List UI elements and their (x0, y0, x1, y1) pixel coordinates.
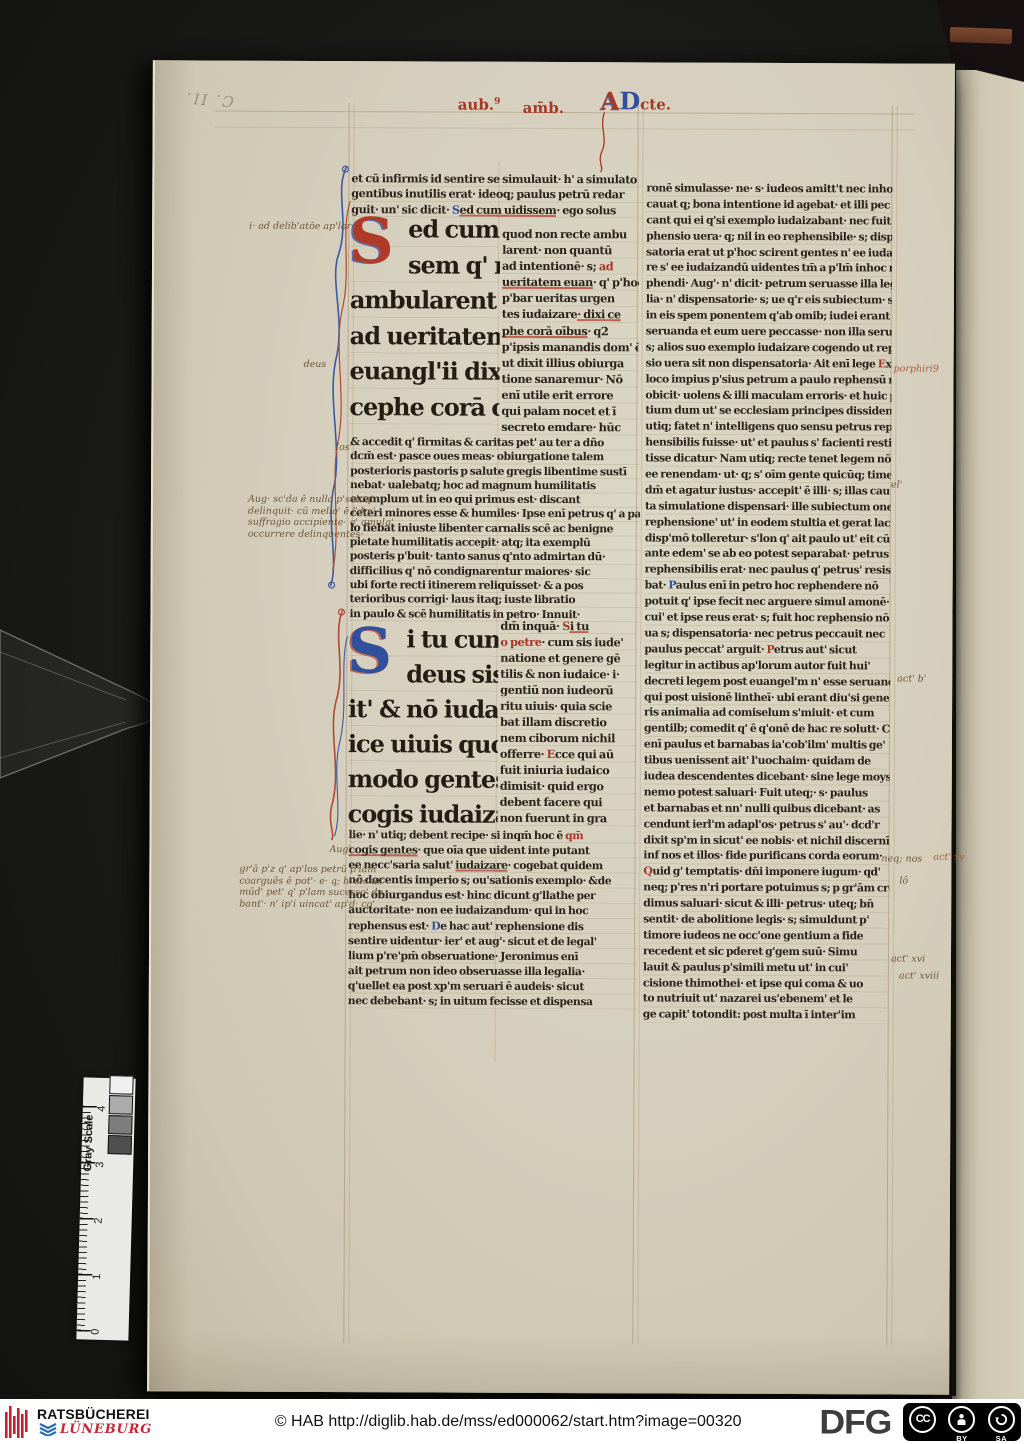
gray-patch-light (109, 1095, 134, 1115)
margin-note: neq; nos (881, 853, 922, 865)
person-icon (948, 1406, 975, 1433)
margin-note: act' b' (897, 674, 926, 686)
ruler-number: 4 (96, 1106, 108, 1112)
digitized-manuscript-viewer: { "pencil_mark": "C. II.", "header": { "… (0, 0, 1024, 1444)
cc-license-badge: CC BY SA (903, 1403, 1021, 1441)
gloss-column-2: dm̄ inquā· Si tuo petre· cum sis iude'na… (500, 618, 638, 827)
pencil-foliation-mark: C. II. (184, 89, 234, 111)
logo-text: RATSBÜCHEREI LÜNEBURG (37, 1407, 152, 1436)
cc-by-icon: BY (948, 1406, 975, 1443)
ruling-line (215, 127, 915, 131)
margin-note: i· ad delib'atōe ap'lor· (249, 221, 354, 233)
share-alike-icon (988, 1406, 1015, 1433)
margin-note-multiline: Aug· sc'da ē nulla p'soluq'delinquit· cū… (248, 494, 394, 541)
running-header-left: aub.9 (458, 96, 501, 114)
running-header-title: ADcte. (601, 86, 671, 115)
ruler-number: 3 (94, 1162, 106, 1168)
title-letter-d: D (619, 86, 640, 115)
margin-note: Ios' (335, 442, 352, 454)
margin-note-multiline: gr'ā p'z q' ap'los petrū p'lamcoarguēs ē… (239, 864, 384, 911)
ruling-line (891, 106, 897, 1346)
gray-patch-mid (108, 1115, 133, 1135)
dfg-logo: DFG (820, 1402, 892, 1442)
library-name-line2: LÜNEBURG (37, 1422, 152, 1436)
gray-scale-ruler-content: 0 1 2 3 4 Gray Scale (76, 1077, 135, 1340)
by-label: BY (956, 1434, 967, 1443)
decorated-initial-S2: S (347, 621, 392, 681)
photographed-scan-area: C. II. aub.9 am̄b. ADcte. (0, 0, 1024, 1399)
cc-sa-icon: SA (988, 1406, 1015, 1443)
sa-label: SA (996, 1434, 1007, 1443)
ratsbuecherei-logo: RATSBÜCHEREI LÜNEBURG (0, 1404, 194, 1440)
running-header-mid: am̄b. (523, 99, 564, 117)
red-bars-icon (4, 1404, 32, 1440)
library-city-label: LÜNEBURG (60, 1423, 152, 1436)
ruling-line (215, 111, 915, 115)
open-book-icon (39, 1422, 57, 1436)
margin-note: Aug' (329, 844, 351, 856)
margin-note: deus (304, 359, 327, 371)
margin-note: lō (899, 876, 908, 888)
margin-note: el' (891, 479, 902, 491)
title-letter-a: A (601, 86, 620, 115)
gray-scale-ruler: 0 1 2 3 4 Gray Scale (76, 1077, 135, 1340)
margin-note: act' xvi (891, 953, 925, 965)
margin-note: act' xv (933, 852, 964, 864)
gray-patch-dark (108, 1135, 133, 1155)
ruler-number: 1 (91, 1273, 103, 1279)
right-column-commentary: ronē simulasse· ne· s· iudeos amitt't ne… (643, 180, 893, 1023)
header-superscript: 9 (494, 97, 500, 107)
cc-circle: CC (909, 1406, 936, 1433)
binding-red-edge (950, 27, 1012, 44)
ruler-number: 0 (89, 1328, 101, 1334)
margin-note: act' xviii (899, 971, 939, 983)
library-footer-bar: RATSBÜCHEREI LÜNEBURG © HAB http://digli… (0, 1399, 1024, 1444)
ruler-number: 2 (93, 1218, 105, 1224)
manuscript-page: C. II. aub.9 am̄b. ADcte. (147, 60, 955, 1394)
title-suffix: cte. (640, 95, 671, 113)
facing-page-edge (952, 70, 1024, 1399)
copyright-url-text: © HAB http://diglib.hab.de/mss/ed000062/… (194, 1413, 822, 1431)
library-name-line1: RATSBÜCHEREI (37, 1407, 152, 1421)
margin-note: porphiri9 (894, 363, 939, 375)
left-column-commentary-2: lie· n' utiq; debent recipe· si inqm̄ ho… (348, 827, 639, 1009)
cc-icon: CC (909, 1406, 936, 1433)
gloss-column-1: quod non recte ambularent· non quantūad … (501, 226, 639, 436)
gray-patch-white (109, 1075, 134, 1095)
gray-scale-patches (108, 1075, 134, 1155)
decorated-initial-S1: S (349, 211, 394, 271)
gray-scale-label: Gray Scale (82, 1114, 96, 1171)
header-flourish (592, 112, 614, 172)
